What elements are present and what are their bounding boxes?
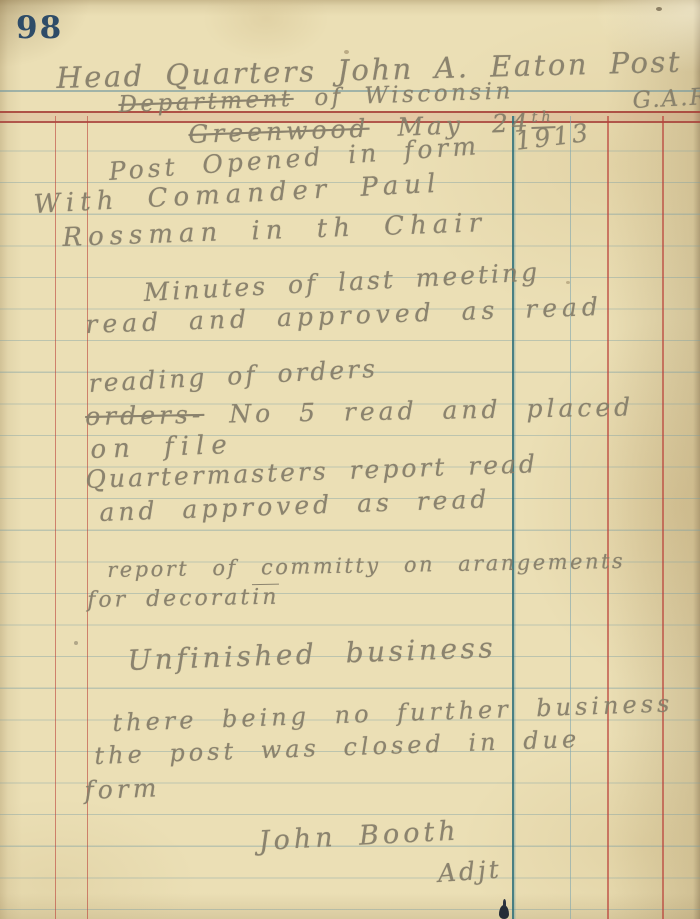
handwritten-text-part: report of committy on arangements (107, 549, 625, 582)
body-line: report of committy on arangements (107, 549, 625, 582)
dateline-year: 1913 (514, 119, 593, 157)
signature-name: John Booth (258, 815, 460, 857)
handwritten-text-part: orders- (85, 400, 205, 431)
handwritten-text-part: in (252, 584, 280, 610)
body-line: reading of orders (88, 355, 379, 399)
handwritten-text-part: Adjt (437, 855, 503, 888)
handwritten-text-part: John Booth (258, 815, 460, 856)
signature-title: Adjt (437, 856, 503, 889)
handwriting-layer: Head Quarters John A. Eaton Post No 213D… (0, 0, 700, 919)
handwritten-text-part: there being no further business (112, 689, 674, 737)
handwritten-text-part: reading of orders (88, 354, 379, 398)
body-line: for decoratin (87, 585, 280, 614)
body-line: there being no further business (112, 690, 674, 737)
body-line: orders- No 5 read and placed (85, 393, 634, 431)
handwritten-text-part: G.A.R (632, 84, 700, 114)
handwritten-text-part: Department (118, 86, 294, 118)
header-gar: G.A.R (632, 84, 700, 114)
ink-blot (499, 905, 509, 919)
handwritten-text-part: No 5 read and placed (204, 392, 634, 428)
body-line: Unfinished business (127, 632, 497, 677)
handwritten-text-part: form (84, 773, 161, 805)
handwritten-text-part: Unfinished business (127, 631, 497, 677)
handwritten-text-part: for decorat (87, 585, 252, 613)
body-line: form (84, 774, 161, 805)
ledger-page: 98 Head Quarters John A. Eaton Post No 2… (0, 0, 700, 919)
